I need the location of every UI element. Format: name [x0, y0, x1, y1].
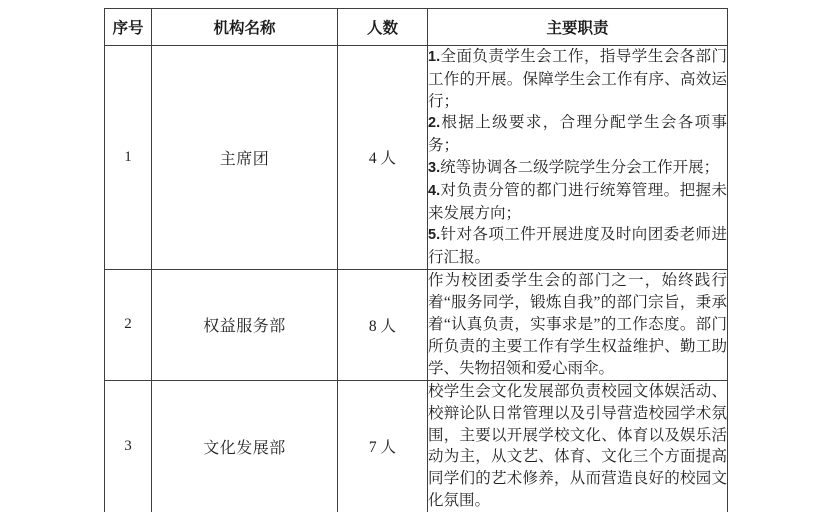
table-row: 3 文化发展部 7 人 校学生会文化发展部负责校园文体娱活动、校辩论队日常管理以…: [105, 380, 728, 512]
cell-serial: 1: [105, 46, 152, 270]
org-structure-table: 序号 机构名称 人数 主要职责 1 主席团 4 人 1.全面负责学生会工作，指导…: [104, 8, 728, 512]
table-row: 1 主席团 4 人 1.全面负责学生会工作，指导学生会各部门工作的开展。保障学生…: [105, 46, 728, 270]
duty-paragraph: 4.对负责分管的都门进行统筹管理。把握未来发展方向；: [428, 180, 727, 225]
duty-paragraph: 5.针对各项工件开展进度及时向团委老师进行汇报。: [428, 224, 727, 269]
duty-paragraph: 作为校团委学生会的部门之一，始终践行着“服务同学，锻炼自我”的部门宗旨，秉承着“…: [428, 270, 727, 379]
col-header-duties: 主要职责: [428, 9, 728, 46]
cell-serial: 2: [105, 269, 152, 380]
cell-duties: 校学生会文化发展部负责校园文体娱活动、校辩论队日常管理以及引导营造校园学术氛围，…: [428, 380, 728, 512]
col-header-serial: 序号: [105, 9, 152, 46]
cell-duties: 1.全面负责学生会工作，指导学生会各部门工作的开展。保障学生会工作有序、高效运行…: [428, 46, 728, 270]
cell-org-name: 权益服务部: [152, 269, 338, 380]
cell-headcount: 8 人: [338, 269, 428, 380]
duty-paragraph: 1.全面负责学生会工作，指导学生会各部门工作的开展。保障学生会工作有序、高效运行…: [428, 46, 727, 112]
duty-paragraph: 校学生会文化发展部负责校园文体娱活动、校辩论队日常管理以及引导营造校园学术氛围，…: [428, 381, 727, 512]
cell-headcount: 7 人: [338, 380, 428, 512]
col-header-org-name: 机构名称: [152, 9, 338, 46]
cell-duties: 作为校团委学生会的部门之一，始终践行着“服务同学，锻炼自我”的部门宗旨，秉承着“…: [428, 269, 728, 380]
table-row: 2 权益服务部 8 人 作为校团委学生会的部门之一，始终践行着“服务同学，锻炼自…: [105, 269, 728, 380]
cell-serial: 3: [105, 380, 152, 512]
table-header-row: 序号 机构名称 人数 主要职责: [105, 9, 728, 46]
col-header-headcount: 人数: [338, 9, 428, 46]
cell-headcount: 4 人: [338, 46, 428, 270]
duty-paragraph: 2.根据上级要求，合理分配学生会各项事务；: [428, 112, 727, 157]
cell-org-name: 文化发展部: [152, 380, 338, 512]
cell-org-name: 主席团: [152, 46, 338, 270]
document-page: 序号 机构名称 人数 主要职责 1 主席团 4 人 1.全面负责学生会工作，指导…: [0, 0, 830, 512]
duty-paragraph: 3.统等协调各二级学院学生分会工作开展；: [428, 157, 727, 180]
